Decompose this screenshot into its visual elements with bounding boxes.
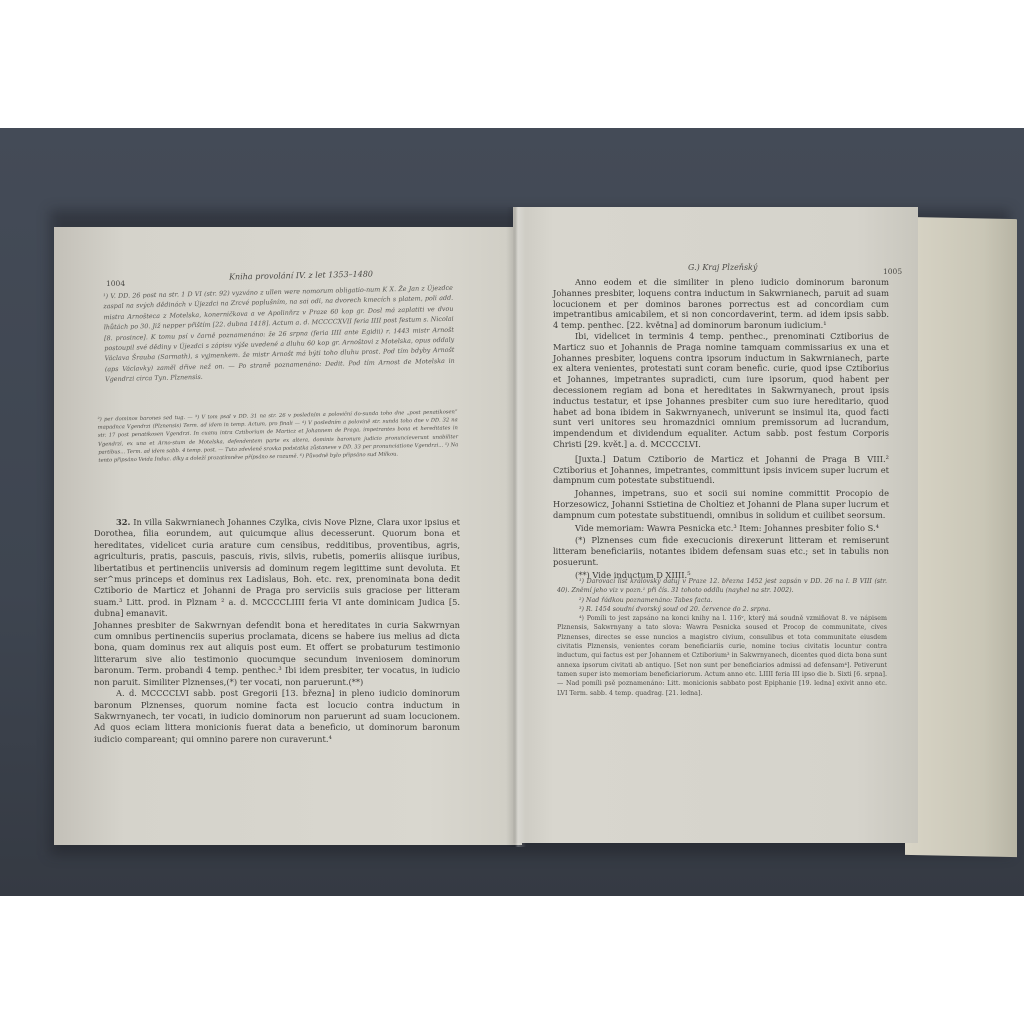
footnote: ²) Nad řádkou poznamenáno: Tabes facta.	[557, 596, 887, 605]
left-footnotes-small: ²) per dominos barones sed tug. — ³) V t…	[98, 408, 459, 465]
footnote: ¹) Darovací list královský datuj v Praze…	[557, 577, 887, 596]
left-main-text: 32. In villa Sakwrnianech Johannes Czylk…	[94, 517, 460, 745]
paragraph: Johannes, impetrans, suo et socii sui no…	[553, 488, 889, 520]
entry-number: 32.	[116, 517, 130, 527]
paragraph: Johannes presbiter de Sakwrnyan defendit…	[94, 620, 460, 688]
footnote: ⁴) Pomíli to jest zapsáno na konci knihy…	[557, 614, 887, 698]
right-folio: 1005	[883, 267, 902, 276]
right-running-head: G.) Kraj Plzeňský	[688, 263, 757, 272]
paragraph: 32. In villa Sakwrnianech Johannes Czylk…	[94, 517, 460, 620]
paragraph: A. d. MCCCCLVI sabb. post Gregorii [13. …	[94, 688, 460, 745]
left-top-note: ¹) V. DD. 26 post na str. 1 D VI (str. 9…	[103, 283, 455, 385]
left-folio: 1004	[106, 279, 125, 288]
right-main-text: Anno eodem et die similiter in pleno iud…	[553, 277, 889, 581]
paragraph: Ibi, videlicet in terminis 4 temp. penth…	[553, 331, 889, 450]
paragraph: (*) Plznenses cum fide execucionis direx…	[553, 535, 889, 567]
left-running-head: Kniha provolání IV. z let 1353–1480	[229, 269, 373, 281]
right-footnotes: ¹) Darovací list královský datuj v Praze…	[557, 577, 887, 698]
book-gutter	[506, 207, 526, 847]
paragraph: [Juxta.] Datum Cztiborio de Marticz et J…	[553, 454, 889, 486]
footnote: ³) R. 1454 soudní dvorský soud od 20. če…	[557, 605, 887, 614]
left-page: 1004 Kniha provolání IV. z let 1353–1480…	[54, 227, 522, 845]
paragraph: Vide memoriam: Wawra Pesnicka etc.³ Item…	[553, 523, 889, 534]
paragraph: Anno eodem et die similiter in pleno iud…	[553, 277, 889, 331]
page-stack-edge	[905, 217, 1017, 857]
right-page: G.) Kraj Plzeňský 1005 Anno eodem et die…	[513, 207, 918, 843]
